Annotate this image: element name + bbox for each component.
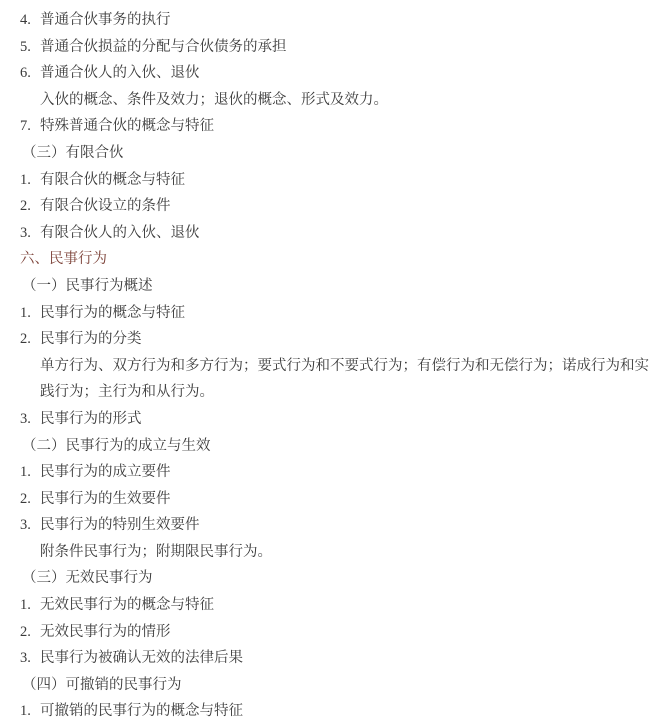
outline-item: 1.有限合伙的概念与特征 xyxy=(20,167,653,194)
outline-item: 1.民事行为的成立要件 xyxy=(20,459,653,486)
outline-detail-text-label: 入伙的概念、条件及效力；退伙的概念、形式及效力。 xyxy=(40,92,388,108)
outline-item: 7.特殊普通合伙的概念与特征 xyxy=(20,113,653,140)
outline-sub-heading: （三）有限合伙 xyxy=(20,140,653,167)
outline-item: 2.民事行为的生效要件 xyxy=(20,486,653,513)
outline-item-label: 民事行为的分类 xyxy=(40,331,142,347)
outline-item-label: 有限合伙的概念与特征 xyxy=(40,172,185,188)
outline-item-number: 1. xyxy=(20,459,40,486)
outline-item-label: 可撤销的民事行为的概念与特征 xyxy=(40,703,243,719)
outline-item-number: 3. xyxy=(20,645,40,672)
outline-item: 1.民事行为的概念与特征 xyxy=(20,300,653,327)
outline-item-number: 2. xyxy=(20,326,40,353)
outline-item: 2.有限合伙设立的条件 xyxy=(20,193,653,220)
outline-item-label: 普通合伙事务的执行 xyxy=(40,12,171,28)
outline-detail-text: 附条件民事行为；附期限民事行为。 xyxy=(20,539,653,566)
outline-detail-text-label: 单方行为、双方行为和多方行为；要式行为和不要式行为；有偿行为和无偿行为；诺成行为… xyxy=(40,358,649,401)
outline-item-number: 2. xyxy=(20,619,40,646)
outline-item-label: 特殊普通合伙的概念与特征 xyxy=(40,118,214,134)
outline-sub-heading-label: （一）民事行为概述 xyxy=(22,278,153,294)
outline-item-number: 2. xyxy=(20,486,40,513)
outline-item: 2.无效民事行为的情形 xyxy=(20,619,653,646)
outline-item: 1.无效民事行为的概念与特征 xyxy=(20,592,653,619)
outline-detail-text: 单方行为、双方行为和多方行为；要式行为和不要式行为；有偿行为和无偿行为；诺成行为… xyxy=(20,353,653,406)
outline-item-label: 民事行为的成立要件 xyxy=(40,464,171,480)
outline-item: 3.民事行为的特别生效要件 xyxy=(20,512,653,539)
outline-item-number: 1. xyxy=(20,592,40,619)
outline-item-number: 1. xyxy=(20,300,40,327)
outline-item-label: 民事行为的特别生效要件 xyxy=(40,517,200,533)
outline-item-number: 1. xyxy=(20,167,40,194)
outline-sub-heading-label: （三）有限合伙 xyxy=(22,145,124,161)
outline-item: 5.普通合伙损益的分配与合伙债务的承担 xyxy=(20,34,653,61)
outline-sub-heading: （二）民事行为的成立与生效 xyxy=(20,433,653,460)
outline-item: 2.民事行为的分类 xyxy=(20,326,653,353)
outline-item-number: 4. xyxy=(20,7,40,34)
outline-item: 3.民事行为的形式 xyxy=(20,406,653,433)
outline-item-label: 民事行为的生效要件 xyxy=(40,491,171,507)
outline-item: 4.普通合伙事务的执行 xyxy=(20,7,653,34)
outline-sub-heading-label: （四）可撤销的民事行为 xyxy=(22,677,182,693)
outline-detail-text: 入伙的概念、条件及效力；退伙的概念、形式及效力。 xyxy=(20,87,653,114)
outline-item-number: 3. xyxy=(20,406,40,433)
outline-item-label: 民事行为的概念与特征 xyxy=(40,305,185,321)
outline-detail-text-label: 附条件民事行为；附期限民事行为。 xyxy=(40,544,272,560)
outline-item: 6.普通合伙人的入伙、退伙 xyxy=(20,60,653,87)
outline-item-number: 1. xyxy=(20,698,40,723)
outline-item-label: 普通合伙损益的分配与合伙债务的承担 xyxy=(40,39,287,55)
outline-item-number: 3. xyxy=(20,512,40,539)
outline-sub-heading: （三）无效民事行为 xyxy=(20,565,653,592)
syllabus-outline-page: 4.普通合伙事务的执行5.普通合伙损益的分配与合伙债务的承担6.普通合伙人的入伙… xyxy=(0,0,659,723)
outline-item-label: 无效民事行为的情形 xyxy=(40,624,171,640)
outline-item-label: 无效民事行为的概念与特征 xyxy=(40,597,214,613)
outline-item: 3.民事行为被确认无效的法律后果 xyxy=(20,645,653,672)
outline-item-label: 普通合伙人的入伙、退伙 xyxy=(40,65,200,81)
outline-major-heading-label: 六、民事行为 xyxy=(20,251,107,267)
outline-item-label: 民事行为的形式 xyxy=(40,411,142,427)
outline-item: 3.有限合伙人的入伙、退伙 xyxy=(20,220,653,247)
outline-item-number: 5. xyxy=(20,34,40,61)
outline-item-number: 2. xyxy=(20,193,40,220)
outline-sub-heading: （四）可撤销的民事行为 xyxy=(20,672,653,699)
outline-item-label: 民事行为被确认无效的法律后果 xyxy=(40,650,243,666)
outline-item: 1.可撤销的民事行为的概念与特征 xyxy=(20,698,653,723)
outline-item-number: 6. xyxy=(20,60,40,87)
outline-item-label: 有限合伙人的入伙、退伙 xyxy=(40,225,200,241)
outline-sub-heading-label: （三）无效民事行为 xyxy=(22,570,153,586)
outline-item-number: 7. xyxy=(20,113,40,140)
outline-major-heading: 六、民事行为 xyxy=(20,246,653,273)
outline-sub-heading-label: （二）民事行为的成立与生效 xyxy=(22,438,211,454)
outline-item-label: 有限合伙设立的条件 xyxy=(40,198,171,214)
outline-item-number: 3. xyxy=(20,220,40,247)
outline-sub-heading: （一）民事行为概述 xyxy=(20,273,653,300)
